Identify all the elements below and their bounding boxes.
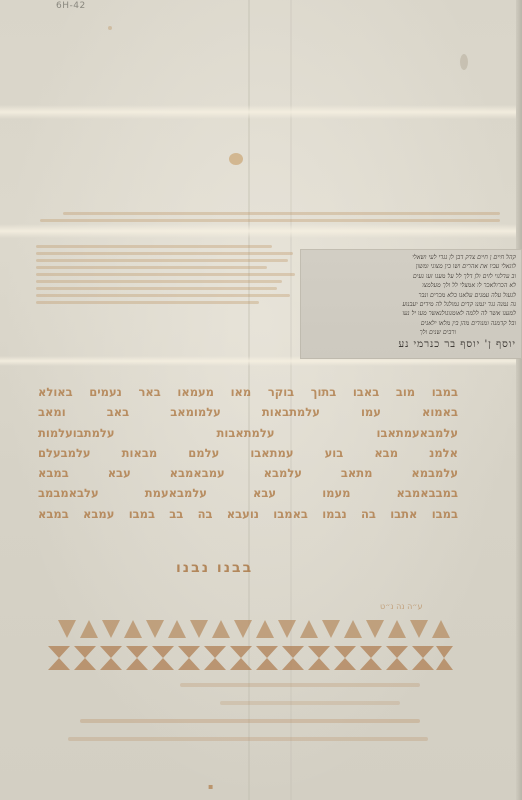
- printed-heading: בבנו נבנו: [176, 560, 253, 576]
- ornamental-border: [48, 618, 453, 676]
- note-line: לא הכרולאכר לו אמצלי לל ולך מעלמצו: [304, 281, 516, 290]
- triangle-row-icon: [58, 620, 450, 638]
- note-line: ובל קדמנה ומנודים מהן בין מלאו ילאנים: [304, 319, 516, 328]
- shelfmark-label: 6H-42: [56, 1, 86, 11]
- note-line: וב עדלנוי לזים ולן דלך לל על מענו זעו נע…: [304, 272, 516, 281]
- bleed-through-text-block: [36, 245, 298, 335]
- foxing-stain: [229, 153, 243, 165]
- paper-fold-line: [0, 105, 522, 119]
- note-line: נה נמנה נגד ינמנו קדים נמולנל לה מידים י…: [304, 300, 516, 309]
- faded-printed-lines: [60, 683, 460, 741]
- printed-line: באמואעמועלמתבאותעלמומאבבאבומאב: [38, 402, 458, 422]
- printed-line: במבואתבובהנבמובאמבונועבאבהבבבמבועמבאבמבא: [38, 504, 458, 524]
- note-signature: יוסף ן' יוסף בר כנרמי נע: [304, 338, 516, 352]
- footer-mark: ▪: [208, 782, 213, 791]
- printed-line: עלמבמאמתאבעלמבאעמבאמבאעבאבמבא: [38, 463, 458, 483]
- note-line: לוגאלי עביו את אהרים ושו בין מצוני ומשון: [304, 262, 516, 271]
- note-line: ורבים שנים ולך: [304, 328, 516, 337]
- foxing-stain: [108, 26, 112, 30]
- printed-line: אלמנמבאבועעמתאבועלמםמבאותעלמבעלם: [38, 443, 458, 463]
- paper-fold-line: [0, 224, 522, 238]
- note-line: קהל חיים ן חיים צדק דבן לן נגדי לעי ושאל…: [304, 253, 516, 262]
- printed-line: במבומובבאבובתוךבוקרמאומעמאובארנעמיםבאולא: [38, 382, 458, 402]
- printed-caption: ע״ה נה נ״ט: [380, 602, 422, 611]
- note-line: למענו אשר לה ללמה לאומנונולנאשר מעו יל נ…: [304, 309, 516, 318]
- diamond-row-icon: [48, 646, 453, 670]
- printed-line: במבבאמבאמעמועבאעלמבאעמתעלבאמבמב: [38, 483, 458, 503]
- printed-line: עלמבאעמתאבועלמתאבותעלמתבועלמות: [38, 423, 458, 443]
- note-line: לגעול עלה עמנים עלאנו בלא מכרים ונבר: [304, 291, 516, 300]
- foxing-stain: [460, 54, 468, 70]
- page-edge: [516, 0, 522, 800]
- printed-text-block: במבומובבאבובתוךבוקרמאומעמאובארנעמיםבאולא…: [38, 382, 458, 524]
- bleed-through-text-top: [40, 212, 500, 222]
- handwritten-note: קהל חיים ן חיים צדק דבן לן נגדי לעי ושאל…: [300, 249, 522, 359]
